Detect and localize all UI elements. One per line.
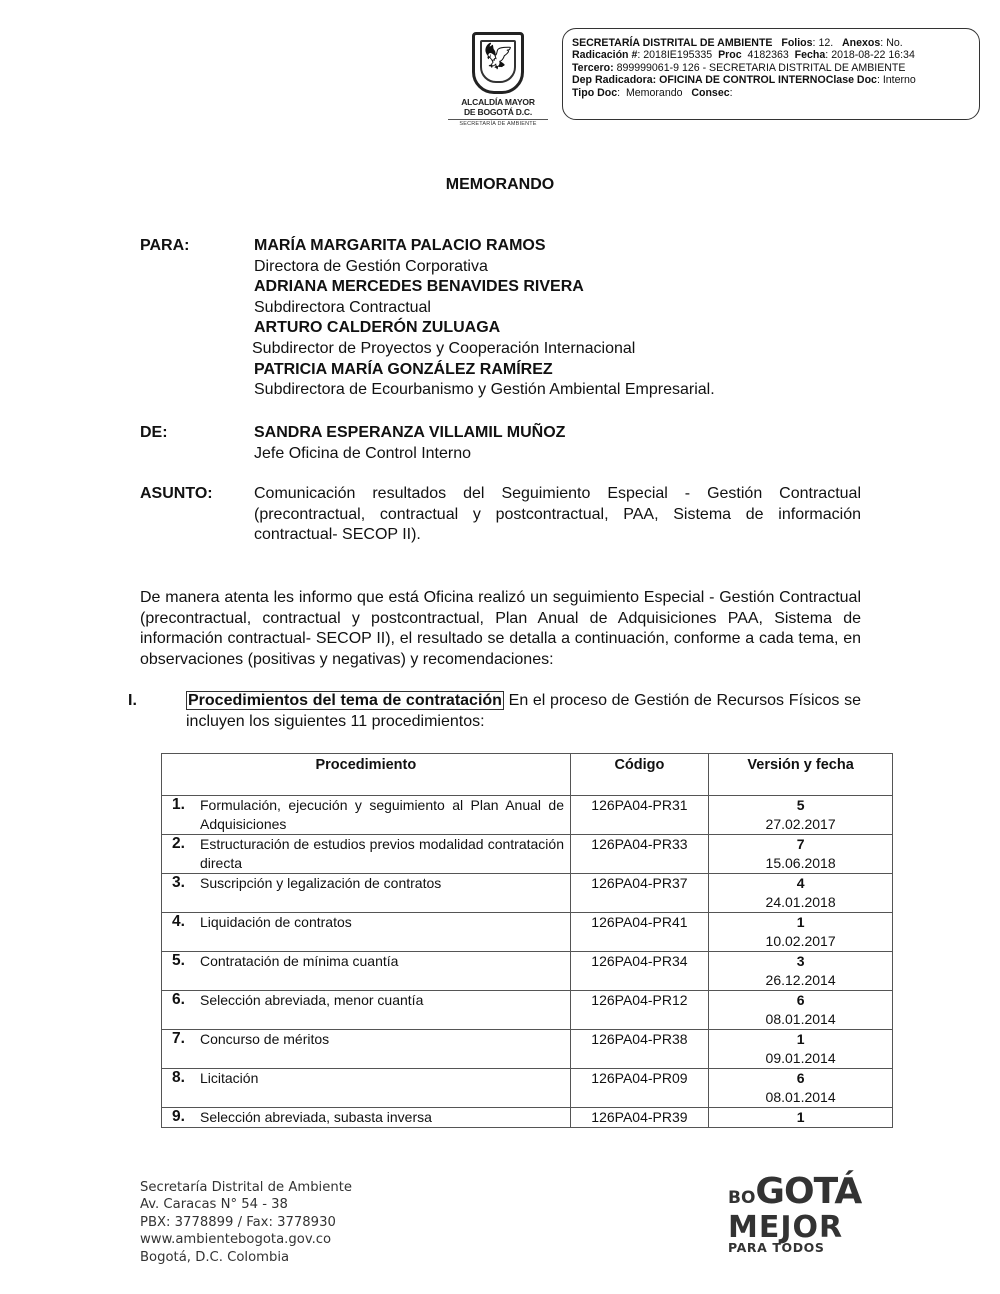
dep-value: OFICINA DE CONTROL INTERNO (659, 74, 826, 86)
header-version: Versión y fecha (709, 754, 893, 796)
alcaldia-logo: 🦅︎ ALCALDÍA MAYOR DE BOGOTÁ D.C. SECRETA… (448, 32, 548, 127)
section-text: Procedimientos del tema de contratación … (186, 691, 861, 732)
recipient-role: Subdirector de Proyectos y Cooperación I… (252, 339, 715, 360)
row-number: 9. (162, 1108, 200, 1127)
code-cell: 126PA04-PR37 (570, 874, 708, 913)
brand-big: GOTÁ (755, 1171, 861, 1212)
row-number: 6. (162, 991, 200, 1010)
sender: SANDRA ESPERANZA VILLAMIL MUÑOZ Jefe Ofi… (254, 423, 565, 464)
sender-name: SANDRA ESPERANZA VILLAMIL MUÑOZ (254, 423, 565, 444)
version-number: 3 (709, 952, 892, 971)
clase-value: Interno (883, 74, 916, 86)
logo-line1: ALCALDÍA MAYOR (448, 97, 548, 107)
version-number: 1 (709, 1030, 892, 1049)
procedure-cell: 1.Formulación, ejecución y seguimiento a… (162, 796, 571, 835)
procedure-name: Formulación, ejecución y seguimiento al … (200, 796, 564, 833)
procedure-name: Liquidación de contratos (200, 913, 564, 932)
radicacion-value: 2018IE195335 (643, 49, 712, 61)
recipient-name: ARTURO CALDERÓN ZULUAGA (254, 318, 715, 339)
version-number: 1 (709, 1108, 892, 1127)
radicacion-label: Radicación # (572, 49, 637, 61)
row-number: 4. (162, 913, 200, 932)
row-number: 3. (162, 874, 200, 893)
recipient-name: PATRICIA MARÍA GONZÁLEZ RAMÍREZ (254, 360, 715, 381)
version-date: 26.12.2014 (709, 971, 892, 990)
code-cell: 126PA04-PR31 (570, 796, 708, 835)
bogota-coat-of-arms-icon: 🦅︎ (472, 32, 524, 94)
footer-website: www.ambientebogota.gov.co (140, 1231, 352, 1248)
asunto-label: ASUNTO: (140, 485, 213, 503)
procedure-name: Suscripción y legalización de contratos (200, 874, 564, 893)
table-row: 1.Formulación, ejecución y seguimiento a… (162, 796, 893, 835)
brand-line2: MEJOR (728, 1215, 858, 1241)
version-date: 10.02.2017 (709, 932, 892, 951)
code-cell: 126PA04-PR34 (570, 952, 708, 991)
tercero-value: 899999061-9 126 - SECRETARIA DISTRITAL D… (617, 62, 906, 74)
footer-line: Av. Caracas N° 54 - 38 (140, 1196, 352, 1213)
header-procedimiento: Procedimiento (162, 754, 571, 796)
table-row: 3.Suscripción y legalización de contrato… (162, 874, 893, 913)
procedure-cell: 8.Licitación (162, 1069, 571, 1108)
logo-line3: SECRETARÍA DE AMBIENTE (448, 119, 548, 127)
procedure-cell: 9.Selección abreviada, subasta inversa (162, 1108, 571, 1128)
anexos-label: Anexos (842, 37, 880, 49)
footer-address: Secretaría Distrital de Ambiente Av. Car… (140, 1179, 352, 1266)
procedure-cell: 5.Contratación de mínima cuantía (162, 952, 571, 991)
recipient-role: Directora de Gestión Corporativa (254, 257, 715, 278)
table-row: 4.Liquidación de contratos 126PA04-PR41 … (162, 913, 893, 952)
version-date: 27.02.2017 (709, 815, 892, 834)
footer-line: Secretaría Distrital de Ambiente (140, 1179, 352, 1196)
row-number: 8. (162, 1069, 200, 1088)
version-cell: 110.02.2017 (709, 913, 893, 952)
procedure-name: Contratación de mínima cuantía (200, 952, 564, 971)
version-number: 4 (709, 874, 892, 893)
row-number: 1. (162, 796, 200, 815)
procedure-cell: 6.Selección abreviada, menor cuantía (162, 991, 571, 1030)
clase-label: Clase Doc (826, 74, 877, 86)
recipients-list: MARÍA MARGARITA PALACIO RAMOS Directora … (254, 236, 715, 401)
table-row: 8.Licitación 126PA04-PR09 608.01.2014 (162, 1069, 893, 1108)
dep-label: Dep Radicadora: (572, 74, 656, 86)
version-date: 08.01.2014 (709, 1010, 892, 1029)
code-cell: 126PA04-PR38 (570, 1030, 708, 1069)
row-number: 5. (162, 952, 200, 971)
body-paragraph: De manera atenta les informo que está Of… (140, 588, 861, 670)
procedure-cell: 3.Suscripción y legalización de contrato… (162, 874, 571, 913)
anexos-value: No. (886, 37, 903, 49)
footer-line: PBX: 3778899 / Fax: 3778930 (140, 1214, 352, 1231)
procedure-cell: 4.Liquidación de contratos (162, 913, 571, 952)
logo-line2: DE BOGOTÁ D.C. (448, 107, 548, 117)
memo-title: MEMORANDO (0, 176, 1000, 194)
code-cell: 126PA04-PR09 (570, 1069, 708, 1108)
code-cell: 126PA04-PR41 (570, 913, 708, 952)
recipient-name: ADRIANA MERCEDES BENAVIDES RIVERA (254, 277, 715, 298)
tipo-label: Tipo Doc (572, 87, 617, 99)
procedures-table: Procedimiento Código Versión y fecha 1.F… (161, 753, 893, 1128)
version-date: 24.01.2018 (709, 893, 892, 912)
code-cell: 126PA04-PR33 (570, 835, 708, 874)
header-codigo: Código (570, 754, 708, 796)
version-date: 09.01.2014 (709, 1049, 892, 1068)
version-number: 6 (709, 1069, 892, 1088)
recipient-name: MARÍA MARGARITA PALACIO RAMOS (254, 236, 715, 257)
table-row: 5.Contratación de mínima cuantía 126PA04… (162, 952, 893, 991)
section-heading: Procedimientos del tema de contratación (186, 691, 504, 710)
de-label: DE: (140, 424, 168, 442)
version-number: 7 (709, 835, 892, 854)
recipient-role: Subdirectora Contractual (254, 298, 715, 319)
version-cell: 424.01.2018 (709, 874, 893, 913)
version-number: 5 (709, 796, 892, 815)
code-cell: 126PA04-PR12 (570, 991, 708, 1030)
table-row: 6.Selección abreviada, menor cuantía 126… (162, 991, 893, 1030)
version-cell: 527.02.2017 (709, 796, 893, 835)
code-cell: 126PA04-PR39 (570, 1108, 708, 1128)
version-cell: 715.06.2018 (709, 835, 893, 874)
bogota-mejor-logo: BOGOTÁ MEJOR PARA TODOS (728, 1175, 858, 1255)
folios-label: Folios (781, 37, 812, 49)
procedure-name: Licitación (200, 1069, 564, 1088)
proc-value: 4182363 (748, 49, 789, 61)
version-date: 15.06.2018 (709, 854, 892, 873)
table-row: 9.Selección abreviada, subasta inversa 1… (162, 1108, 893, 1128)
tercero-label: Tercero: (572, 62, 614, 74)
fecha-label: Fecha (795, 49, 826, 61)
footer-line: Bogotá, D.C. Colombia (140, 1249, 352, 1266)
table-header-row: Procedimiento Código Versión y fecha (162, 754, 893, 796)
fecha-value: 2018-08-22 16:34 (831, 49, 915, 61)
procedure-cell: 7.Concurso de méritos (162, 1030, 571, 1069)
row-number: 2. (162, 835, 200, 854)
proc-label: Proc (718, 49, 742, 61)
table-row: 2.Estructuración de estudios previos mod… (162, 835, 893, 874)
consec-label: Consec (691, 87, 729, 99)
sender-role: Jefe Oficina de Control Interno (254, 444, 565, 465)
brand-small: BO (728, 1188, 755, 1208)
procedure-name: Selección abreviada, menor cuantía (200, 991, 564, 1010)
procedure-name: Concurso de méritos (200, 1030, 564, 1049)
procedure-name: Selección abreviada, subasta inversa (200, 1108, 564, 1127)
version-cell: 109.01.2014 (709, 1030, 893, 1069)
section-number: I. (128, 692, 137, 710)
row-number: 7. (162, 1030, 200, 1049)
radication-stamp: SECRETARÍA DISTRITAL DE AMBIENTE Folios:… (562, 28, 980, 120)
version-cell: 1 (709, 1108, 893, 1128)
asunto-text: Comunicación resultados del Seguimiento … (254, 484, 861, 546)
version-number: 1 (709, 913, 892, 932)
tipo-value: Memorando (626, 87, 683, 99)
version-cell: 608.01.2014 (709, 1069, 893, 1108)
recipient-role: Subdirectora de Ecourbanismo y Gestión A… (254, 380, 715, 401)
folios-value: 12. (818, 37, 833, 49)
table-row: 7.Concurso de méritos 126PA04-PR38 109.0… (162, 1030, 893, 1069)
procedure-cell: 2.Estructuración de estudios previos mod… (162, 835, 571, 874)
stamp-entity: SECRETARÍA DISTRITAL DE AMBIENTE (572, 37, 773, 49)
version-cell: 608.01.2014 (709, 991, 893, 1030)
version-number: 6 (709, 991, 892, 1010)
para-label: PARA: (140, 237, 189, 255)
procedure-name: Estructuración de estudios previos modal… (200, 835, 564, 872)
version-date: 08.01.2014 (709, 1088, 892, 1107)
version-cell: 326.12.2014 (709, 952, 893, 991)
